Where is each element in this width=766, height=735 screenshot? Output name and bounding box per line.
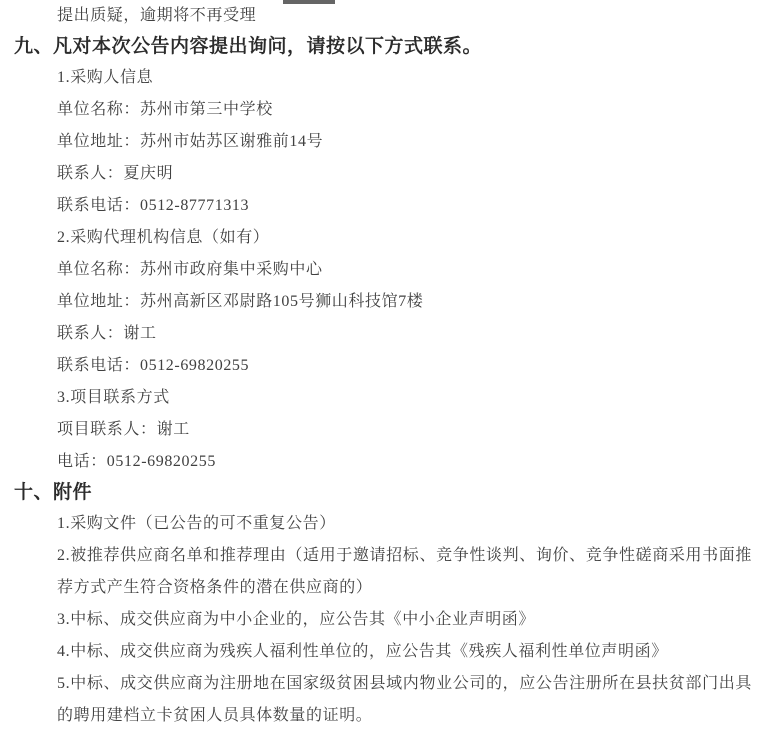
section-10-heading: 十、附件 xyxy=(0,480,766,506)
purchaser-name: 单位名称：苏州市第三中学校 xyxy=(0,94,766,126)
attachment-item-5: 5.中标、成交供应商为注册地在国家级贫困县域内物业公司的，应公告注册所在县扶贫部… xyxy=(0,668,766,732)
attachment-item-1: 1.采购文件（已公告的可不重复公告） xyxy=(0,508,766,540)
announcement-document: 提出质疑，逾期将不再受理 九、凡对本次公告内容提出询问，请按以下方式联系。 1.… xyxy=(0,0,766,735)
project-phone: 电话：0512-69820255 xyxy=(0,446,766,478)
attachment-item-2: 2.被推荐供应商名单和推荐理由（适用于邀请招标、竞争性谈判、询价、竞争性磋商采用… xyxy=(0,540,766,604)
agency-contact: 联系人：谢工 xyxy=(0,318,766,350)
subsection-2-agency-info: 2.采购代理机构信息（如有） xyxy=(0,222,766,254)
intro-line: 提出质疑，逾期将不再受理 xyxy=(0,0,766,32)
agency-name: 单位名称：苏州市政府集中采购中心 xyxy=(0,254,766,286)
purchaser-contact: 联系人：夏庆明 xyxy=(0,158,766,190)
subsection-1-purchaser-info: 1.采购人信息 xyxy=(0,62,766,94)
section-9-heading: 九、凡对本次公告内容提出询问，请按以下方式联系。 xyxy=(0,34,766,60)
agency-phone: 联系电话：0512-69820255 xyxy=(0,350,766,382)
project-contact-person: 项目联系人：谢工 xyxy=(0,414,766,446)
subsection-3-project-contact: 3.项目联系方式 xyxy=(0,382,766,414)
agency-address: 单位地址：苏州高新区邓尉路105号狮山科技馆7楼 xyxy=(0,286,766,318)
attachment-item-3: 3.中标、成交供应商为中小企业的，应公告其《中小企业声明函》 xyxy=(0,604,766,636)
clipped-text-fragment xyxy=(283,0,335,4)
purchaser-address: 单位地址：苏州市姑苏区谢雅前14号 xyxy=(0,126,766,158)
purchaser-phone: 联系电话：0512-87771313 xyxy=(0,190,766,222)
document-content: 提出质疑，逾期将不再受理 九、凡对本次公告内容提出询问，请按以下方式联系。 1.… xyxy=(0,0,766,732)
attachment-item-4: 4.中标、成交供应商为残疾人福利性单位的，应公告其《残疾人福利性单位声明函》 xyxy=(0,636,766,668)
